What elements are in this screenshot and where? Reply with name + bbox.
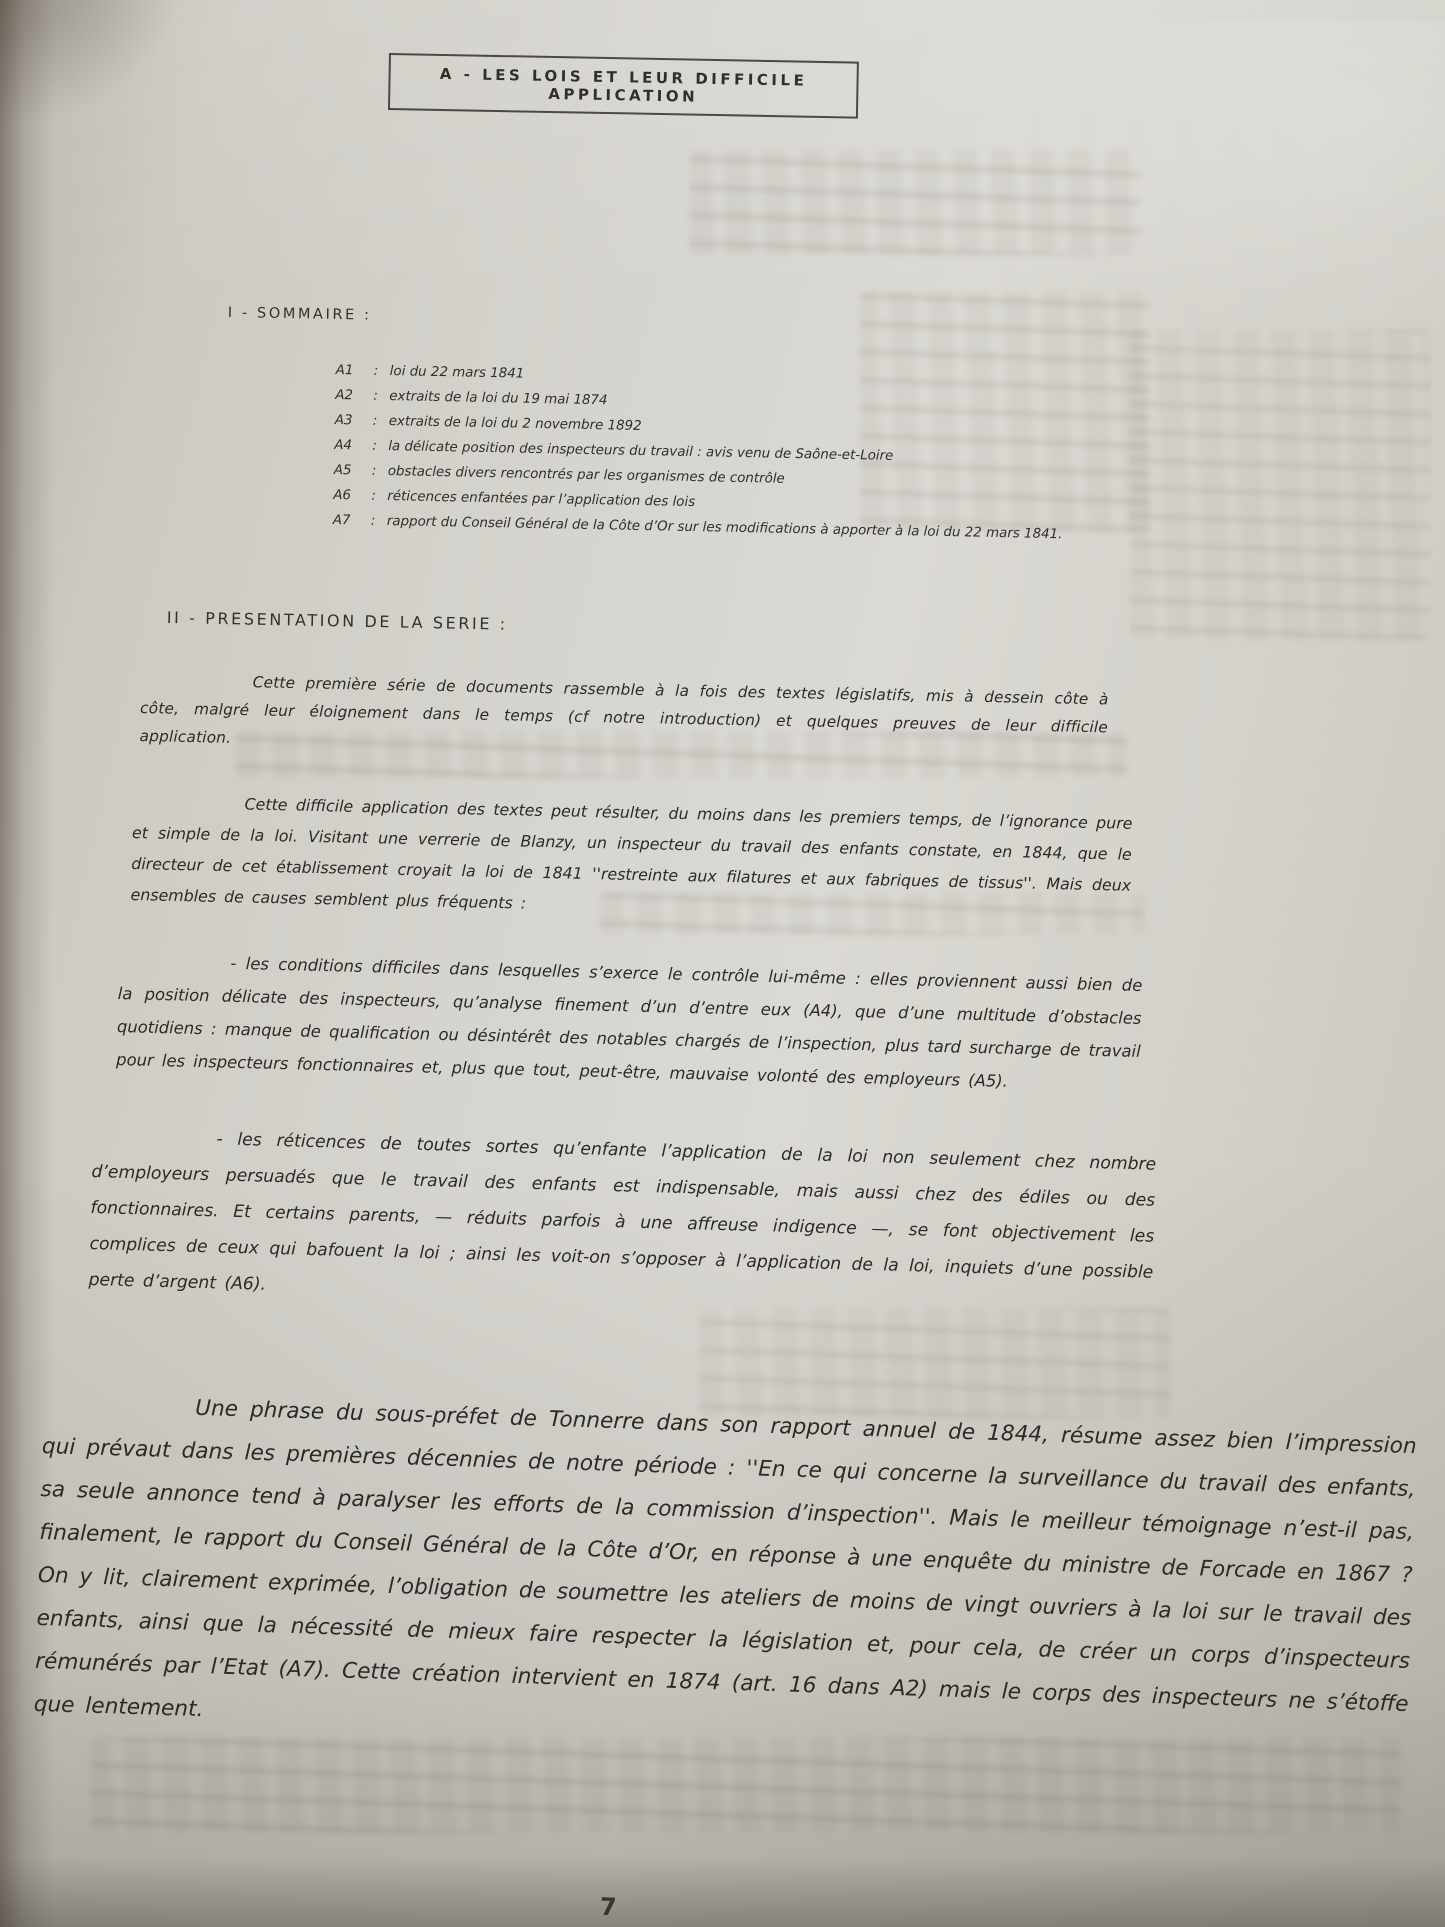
sommaire-item-separator: : <box>374 359 390 384</box>
sommaire-item-id: A1 <box>336 358 374 384</box>
sommaire-item-separator: : <box>373 409 389 434</box>
sommaire-item-separator: : <box>373 384 389 409</box>
document-photo: A - LES LOIS ET LEUR DIFFICILE APPLICATI… <box>0 0 1445 1927</box>
section-title: A - LES LOIS ET LEUR DIFFICILE APPLICATI… <box>440 65 808 106</box>
sommaire-item-separator: : <box>372 459 388 484</box>
sommaire-item-separator: : <box>371 509 387 534</box>
sommaire-heading: I - SOMMAIRE : <box>228 305 372 324</box>
sommaire-item-separator: : <box>372 434 388 459</box>
paragraph-reticences: - les réticences de toutes sortes qu’enf… <box>88 1118 1156 1327</box>
sommaire-item-id: A7 <box>333 508 371 534</box>
paragraph-conditions-controle: - les conditions difficiles dans lesquel… <box>116 944 1143 1101</box>
sommaire-list: A1:loi du 22 mars 1841 A2:extraits de la… <box>333 358 1078 547</box>
sommaire-item-id: A5 <box>334 458 372 484</box>
section-title-box: A - LES LOIS ET LEUR DIFFICILE APPLICATI… <box>388 53 859 119</box>
paragraph-sous-prefet: Une phrase du sous-préfet de Tonnerre da… <box>33 1382 1417 1769</box>
sommaire-item-id: A2 <box>335 383 373 409</box>
sommaire-item-id: A6 <box>333 483 371 509</box>
sommaire-item-separator: : <box>371 484 387 509</box>
presentation-heading: II - PRESENTATION DE LA SERIE : <box>167 608 508 634</box>
page-number: 7 <box>600 1893 617 1921</box>
paragraph-difficile-application: Cette difficile application des textes p… <box>130 786 1132 932</box>
sommaire-item-id: A4 <box>334 433 372 459</box>
page-content: A - LES LOIS ET LEUR DIFFICILE APPLICATI… <box>0 0 1445 1927</box>
sommaire-item-id: A3 <box>335 408 373 434</box>
paragraph-intro: Cette première série de documents rassem… <box>139 666 1108 769</box>
